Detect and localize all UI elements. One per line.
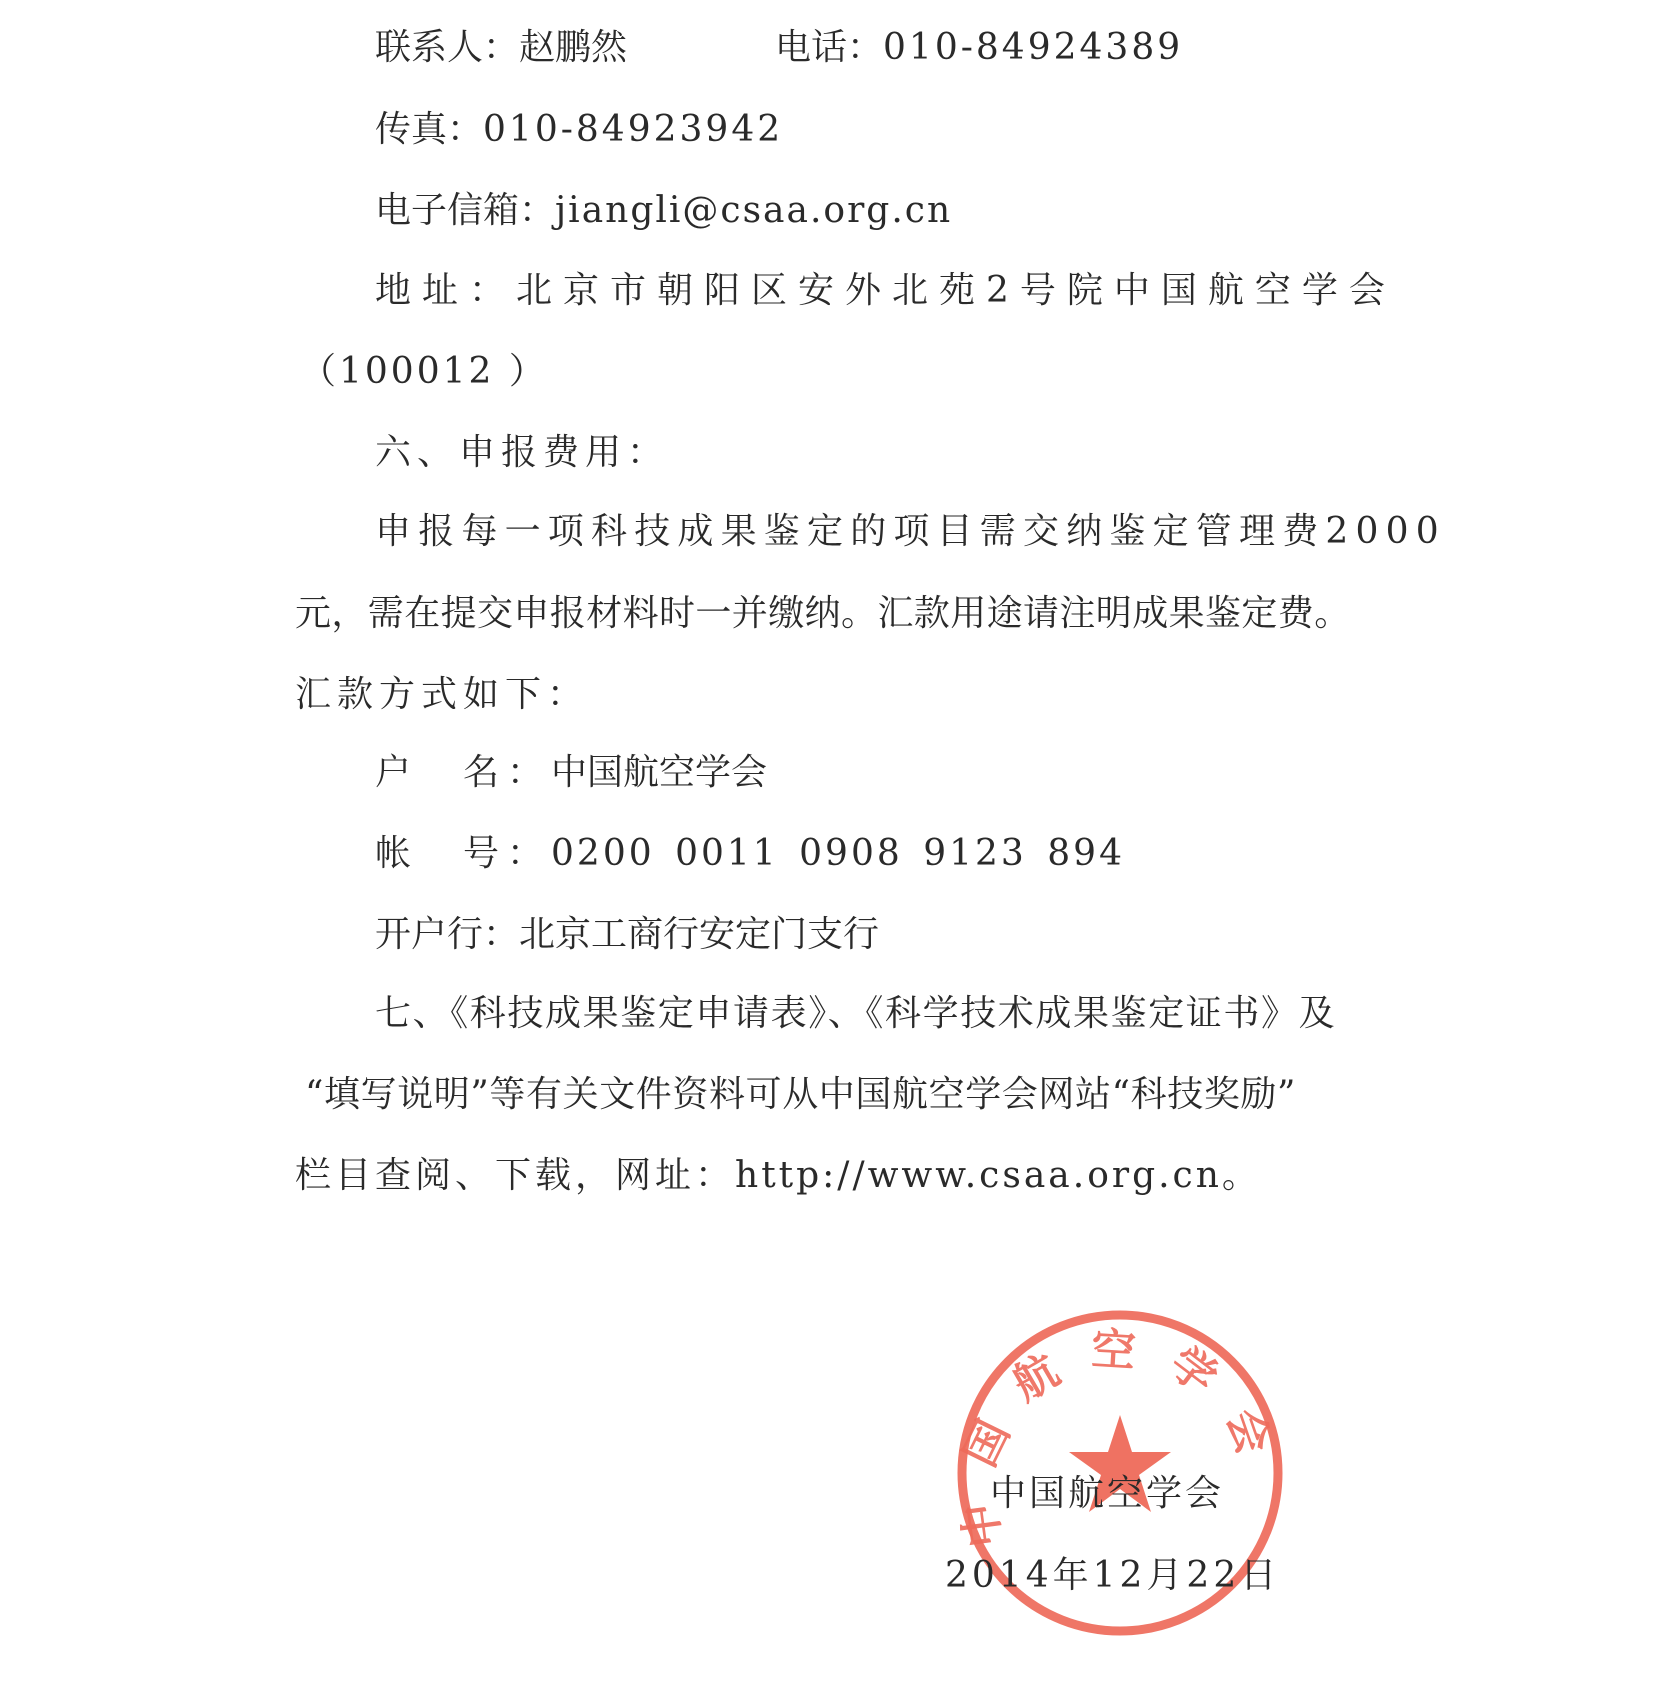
section7-line3-prefix: 栏目查阅、下载，网址： bbox=[295, 1155, 735, 1196]
section7-line1: 七、《科技成果鉴定申请表》、《科学技术成果鉴定证书》及 bbox=[375, 992, 1336, 1036]
account-number-label: 帐 号： bbox=[375, 833, 551, 874]
account-name-line: 户 名：中国航空学会 bbox=[375, 751, 767, 795]
section7-line3: 栏目查阅、下载，网址：http://www.csaa.org.cn。 bbox=[295, 1154, 1262, 1198]
postcode: （100012 ） bbox=[300, 350, 548, 394]
signature-date: 2014年12月22日 bbox=[945, 1554, 1280, 1598]
account-number: 0200 0011 0908 9123 894 bbox=[551, 833, 1125, 874]
email-label: 电子信箱： bbox=[375, 190, 555, 231]
fax-number: 010-84923942 bbox=[483, 109, 783, 150]
contact-phone-line: 电话：010-84924389 bbox=[775, 26, 1183, 70]
email-line: 电子信箱：jiangli@csaa.org.cn bbox=[375, 189, 952, 233]
fax-line: 传真：010-84923942 bbox=[375, 108, 783, 152]
address-line: 地址：北京市朝阳区安外北苑2号院中国航空学会 bbox=[375, 269, 1396, 313]
account-name-label: 户 名： bbox=[375, 752, 551, 793]
signature-org: 中国航空学会 bbox=[990, 1472, 1224, 1516]
bank-line: 开户行：北京工商行安定门支行 bbox=[375, 913, 879, 957]
address-label: 地址： bbox=[375, 270, 516, 311]
address: 北京市朝阳区安外北苑2号院中国航空学会 bbox=[516, 270, 1396, 311]
section6-para-line2: 元，需在提交申报材料时一并缴纳。汇款用途请注明成果鉴定费。 bbox=[295, 592, 1351, 636]
bank-name: 北京工商行安定门支行 bbox=[519, 914, 879, 955]
fax-label: 传真： bbox=[375, 109, 483, 150]
section7-line2: “填写说明”等有关文件资料可从中国航空学会网站“科技奖励” bbox=[305, 1073, 1296, 1117]
account-number-line: 帐 号：0200 0011 0908 9123 894 bbox=[375, 832, 1125, 876]
section6-para-line1: 申报每一项科技成果鉴定的项目需交纳鉴定管理费2000 bbox=[375, 510, 1446, 554]
phone-label: 电话： bbox=[775, 27, 883, 68]
phone-number: 010-84924389 bbox=[883, 27, 1183, 68]
contact-person: 赵鹏然 bbox=[519, 27, 627, 68]
account-name: 中国航空学会 bbox=[551, 752, 767, 793]
bank-label: 开户行： bbox=[375, 914, 519, 955]
website-link[interactable]: http://www.csaa.org.cn bbox=[735, 1155, 1222, 1196]
section6-para-line3: 汇款方式如下： bbox=[295, 673, 589, 717]
contact-person-line: 联系人：赵鹏然 bbox=[375, 26, 627, 70]
email-address[interactable]: jiangli@csaa.org.cn bbox=[555, 190, 952, 231]
section6-heading: 六、申报费用： bbox=[375, 431, 669, 475]
contact-person-label: 联系人： bbox=[375, 27, 519, 68]
section7-line3-suffix: 。 bbox=[1222, 1155, 1262, 1196]
